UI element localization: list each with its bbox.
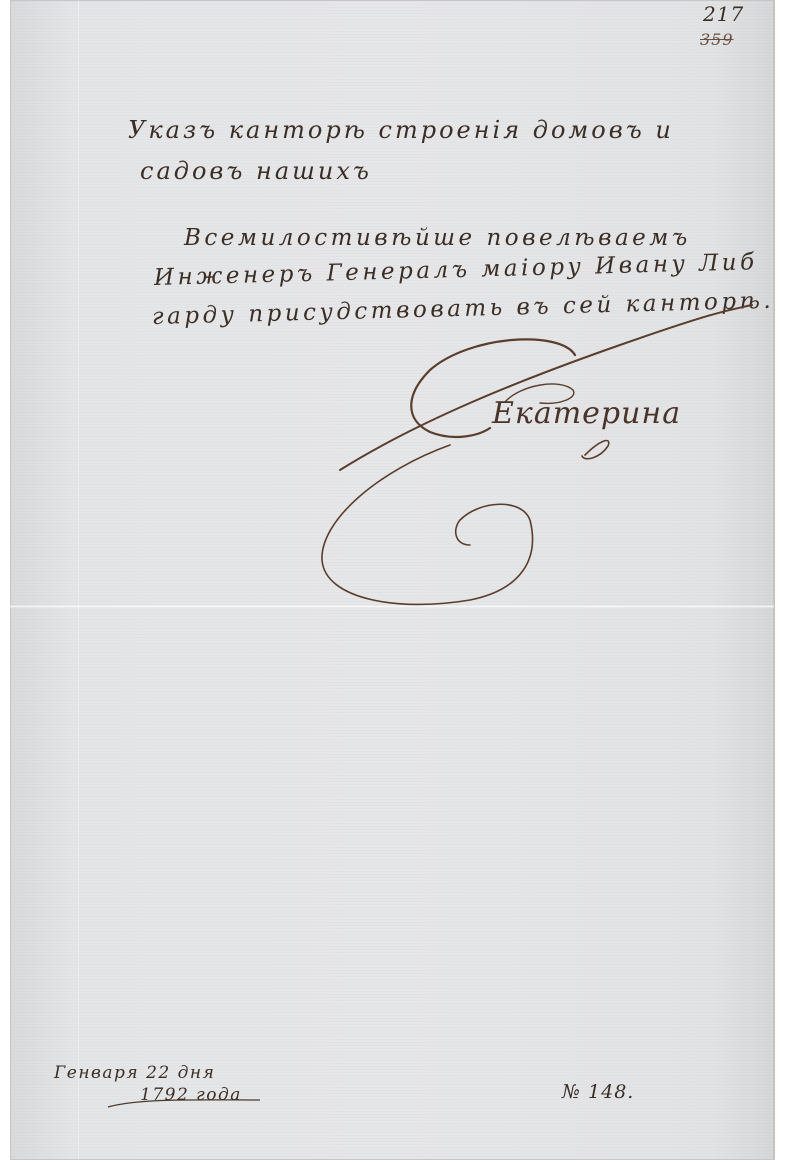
body-line-1: Всемилостивѣйше повелѣваемъ — [184, 225, 691, 251]
paper-crease-vertical — [78, 0, 79, 1160]
folio-number: 217 — [703, 2, 744, 26]
heading-line-2: садовъ нашихъ — [140, 157, 372, 185]
date-line-1: Генваря 22 дня — [54, 1063, 215, 1083]
folio-number-struck: 359 — [700, 30, 734, 49]
manuscript-page — [10, 0, 774, 1160]
reference-number: № 148. — [562, 1081, 634, 1103]
heading-line-1: Указъ канторѣ строенія домовъ и — [128, 116, 674, 144]
signature-name: Екатерина — [492, 396, 681, 431]
date-line-2: 1792 года — [140, 1085, 242, 1105]
paper-fold-horizontal — [10, 605, 774, 608]
